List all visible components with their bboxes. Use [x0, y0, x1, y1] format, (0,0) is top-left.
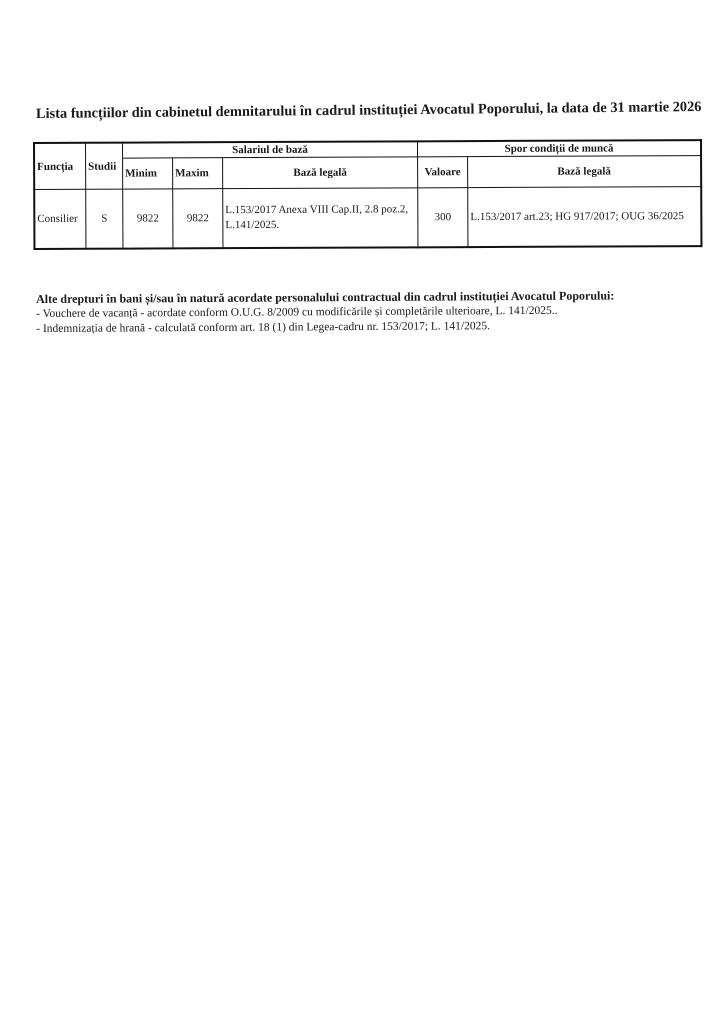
header-studii: Studii	[86, 143, 123, 190]
document-title: Lista funcțiilor din cabinetul demnitaru…	[36, 99, 716, 123]
other-rights-item-food-allowance: - Indemnizația de hrană - calculată conf…	[36, 318, 614, 337]
cell-studii: S	[86, 189, 123, 249]
header-baza-legala-salariu: Bază legală	[223, 157, 418, 189]
positions-table: Funcția Studii Salariul de bază Spor con…	[33, 139, 702, 250]
cell-baza-legala-salariu: L.153/2017 Anexa VIII Cap.II, 2.8 poz.2,…	[223, 188, 418, 248]
header-baza-legala-spor: Bază legală	[468, 156, 702, 188]
cell-functia: Consilier	[34, 189, 86, 249]
table-row: Consilier S 9822 9822 L.153/2017 Anexa V…	[34, 187, 701, 249]
cell-minim: 9822	[123, 189, 173, 249]
header-maxim: Maxim	[173, 158, 223, 189]
table-header-row-2: Minim Maxim Bază legală Valoare Bază leg…	[34, 156, 701, 190]
header-minim: Minim	[123, 158, 173, 189]
cell-valoare: 300	[418, 188, 468, 248]
header-valoare: Valoare	[418, 157, 468, 188]
other-rights-section: Alte drepturi în bani și/sau în natură a…	[36, 288, 615, 337]
cell-baza-legala-spor: L.153/2017 art.23; HG 917/2017; OUG 36/2…	[468, 187, 702, 248]
header-spor-conditii-de-munca: Spor condiții de muncă	[418, 140, 702, 157]
cell-maxim: 9822	[173, 189, 223, 249]
header-salariul-de-baza: Salariul de bază	[123, 141, 418, 158]
header-functia: Funcția	[34, 143, 86, 190]
